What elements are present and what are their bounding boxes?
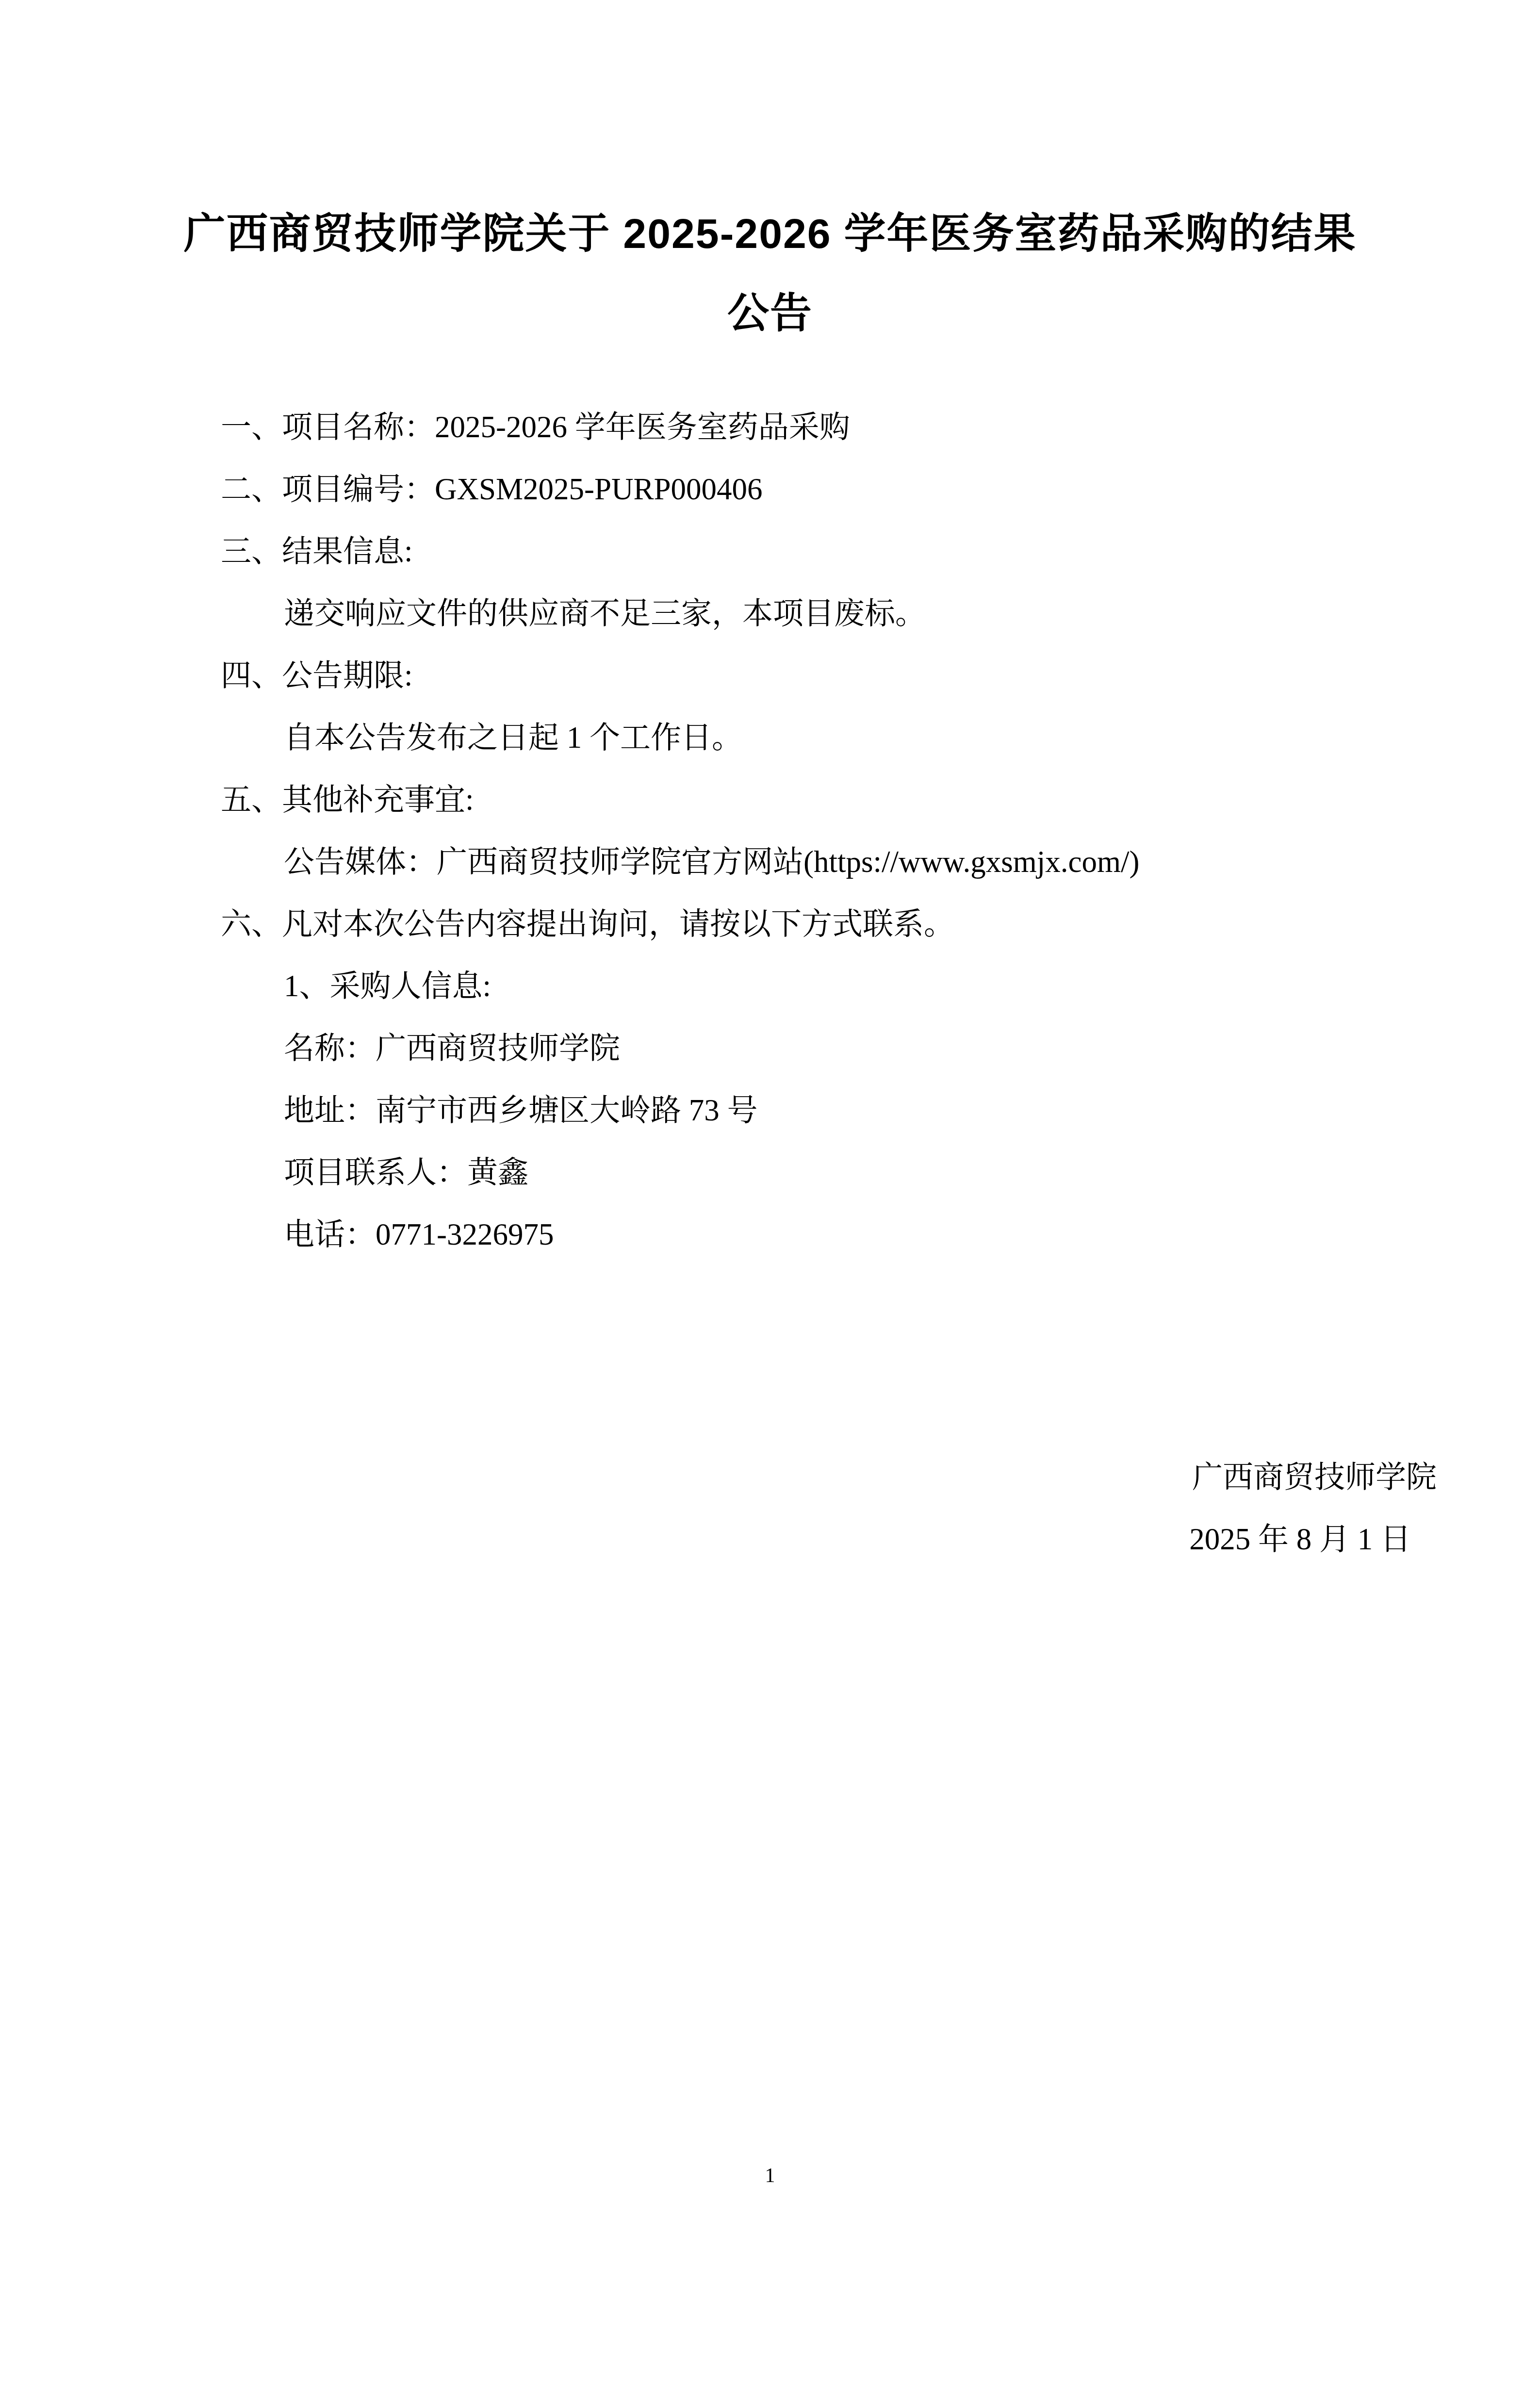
item-result-info-detail: 递交响应文件的供应商不足三家，本项目废标。 — [0, 582, 1428, 644]
item-notice-period-detail: 自本公告发布之日起 1 个工作日。 — [0, 706, 1428, 769]
item-project-number: 二、项目编号：GXSM2025-PURP000406 — [0, 458, 1428, 520]
item-notice-period-heading: 四、公告期限: — [0, 644, 1428, 706]
document-body: 一、项目名称：2025-2026 学年医务室药品采购 二、项目编号：GXSM20… — [0, 396, 1540, 1265]
item-result-info-heading: 三、结果信息: — [0, 520, 1428, 582]
purchaser-phone: 电话：0771-3226975 — [0, 1203, 1428, 1265]
purchaser-info-heading: 1、采购人信息: — [0, 955, 1428, 1017]
purchaser-address: 地址：南宁市西乡塘区大岭路 73 号 — [0, 1079, 1428, 1141]
signature-org: 广西商贸技师学院 — [1189, 1446, 1437, 1508]
item-other-matters-heading: 五、其他补充事宜: — [0, 769, 1428, 831]
document-title: 广西商贸技师学院关于 2025-2026 学年医务室药品采购的结果 公告 — [0, 0, 1540, 353]
item-project-name: 一、项目名称：2025-2026 学年医务室药品采购 — [0, 396, 1428, 458]
page-footer: 1 — [0, 2164, 1540, 2187]
item-announcement-media: 公告媒体：广西商贸技师学院官方网站(https://www.gxsmjx.com… — [0, 831, 1428, 893]
document-page: 广西商贸技师学院关于 2025-2026 学年医务室药品采购的结果 公告 一、项… — [0, 0, 1540, 2381]
purchaser-contact-person: 项目联系人：黄鑫 — [0, 1141, 1428, 1203]
purchaser-name: 名称：广西商贸技师学院 — [0, 1017, 1428, 1079]
item-inquiry-instructions: 六、凡对本次公告内容提出询问，请按以下方式联系。 — [0, 893, 1428, 955]
title-line-1: 广西商贸技师学院关于 2025-2026 学年医务室药品采购的结果 — [112, 194, 1428, 274]
signature-date: 2025 年 8 月 1 日 — [1189, 1508, 1437, 1570]
page-number: 1 — [765, 2165, 775, 2187]
signature-block: 广西商贸技师学院 2025 年 8 月 1 日 — [1189, 1446, 1437, 1570]
title-line-2: 公告 — [112, 274, 1428, 353]
